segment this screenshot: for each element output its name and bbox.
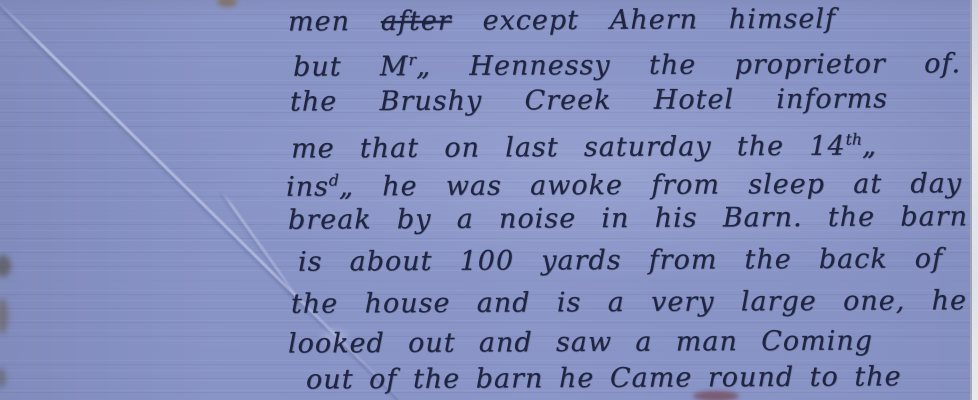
superscript-letters: th — [846, 130, 862, 149]
document-scan: men after except Ahern himselfbut Mr„ He… — [0, 0, 978, 400]
struck-word: after — [381, 6, 452, 37]
word-run: is about 100 yards from the back of — [298, 243, 943, 277]
word-run: break by a noise in his Barn. the barn — [288, 201, 968, 236]
word-run: out of the barn he Came round to the — [306, 361, 902, 395]
word-run: except Ahern himself — [452, 4, 836, 37]
handwriting-line: but Mr„ Hennessy the proprietor of. — [293, 38, 961, 86]
handwriting-line: out of the barn he Came round to the — [306, 359, 866, 400]
handwriting-line: men after except Ahern himself — [288, 1, 844, 42]
handwriting-line: break by a noise in his Barn. the barn — [288, 198, 968, 240]
word-run: men — [288, 6, 381, 37]
word-run: looked out and saw a man Coming — [288, 325, 873, 359]
handwriting-line: looked out and saw a man Coming — [288, 322, 873, 363]
word-run: the house and is a very large one, he — [291, 285, 967, 320]
handwriting-line: is about 100 yards from the back of — [298, 240, 943, 281]
scan-edge — [970, 0, 978, 400]
handwriting: men after except Ahern himselfbut Mr„ He… — [0, 0, 978, 400]
handwriting-line: the house and is a very large one, he — [291, 282, 967, 324]
word-run: the Brushy Creek Hotel informs — [290, 83, 888, 117]
word-run: „ he was awoke from sleep at day — [339, 168, 962, 202]
superscript-letters: r — [408, 50, 416, 69]
word-run: „ Hennessy the proprietor of. — [416, 48, 961, 82]
word-run: but M — [293, 51, 409, 83]
word-run: ins — [286, 172, 329, 203]
superscript-letters: d — [329, 170, 339, 189]
word-run: „ — [862, 130, 877, 161]
handwriting-line: the Brushy Creek Hotel informs — [290, 80, 888, 121]
